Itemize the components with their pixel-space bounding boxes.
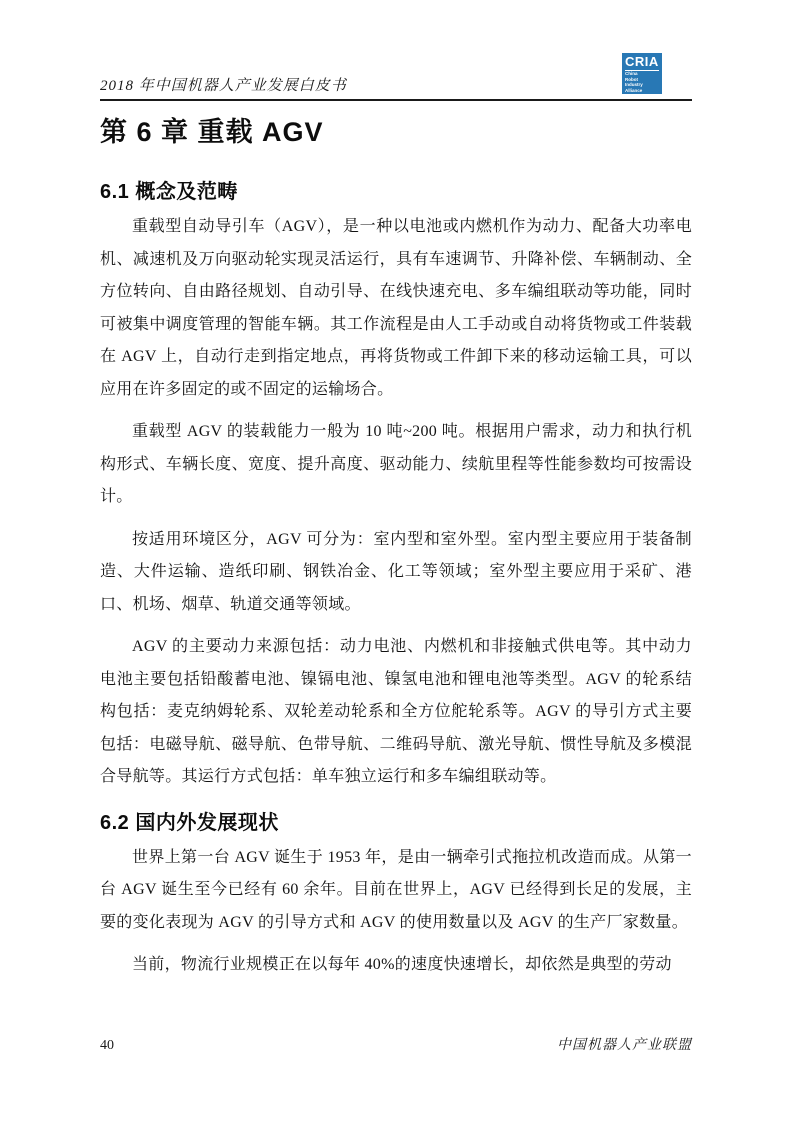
page-header: 2018 年中国机器人产业发展白皮书 CRIA China Robot Indu… — [100, 0, 692, 101]
page-footer: 40 中国机器人产业联盟 — [100, 1034, 692, 1054]
cria-logo-acronym: CRIA — [625, 55, 659, 71]
section-heading-6-1: 6.1 概念及范畴 — [100, 179, 692, 205]
page-content: 2018 年中国机器人产业发展白皮书 CRIA China Robot Indu… — [100, 0, 692, 982]
section-heading-6-2: 6.2 国内外发展现状 — [100, 810, 692, 836]
chapter-title: 第 6 章 重载 AGV — [100, 115, 692, 149]
paragraph: AGV 的主要动力来源包括：动力电池、内燃机和非接触式供电等。其中动力电池主要包… — [100, 631, 692, 794]
cria-logo-icon: CRIA China Robot Industry Alliance — [622, 53, 662, 94]
document-title: 2018 年中国机器人产业发展白皮书 — [100, 74, 347, 95]
paragraph: 按适用环境区分，AGV 可分为：室内型和室外型。室内型主要应用于装备制造、大件运… — [100, 524, 692, 622]
paragraph: 当前，物流行业规模正在以每年 40%的速度快速增长，却依然是典型的劳动 — [100, 949, 692, 982]
paragraph: 重载型自动导引车（AGV），是一种以电池或内燃机作为动力、配备大功率电机、减速机… — [100, 211, 692, 406]
page-number: 40 — [100, 1038, 114, 1054]
document-page: 2018 年中国机器人产业发展白皮书 CRIA China Robot Indu… — [0, 0, 793, 1122]
paragraph: 重载型 AGV 的装载能力一般为 10 吨~200 吨。根据用户需求，动力和执行… — [100, 416, 692, 514]
footer-organization: 中国机器人产业联盟 — [557, 1034, 692, 1054]
paragraph: 世界上第一台 AGV 诞生于 1953 年，是由一辆牵引式拖拉机改造而成。从第一… — [100, 842, 692, 940]
cria-logo-line: Alliance — [625, 88, 659, 94]
